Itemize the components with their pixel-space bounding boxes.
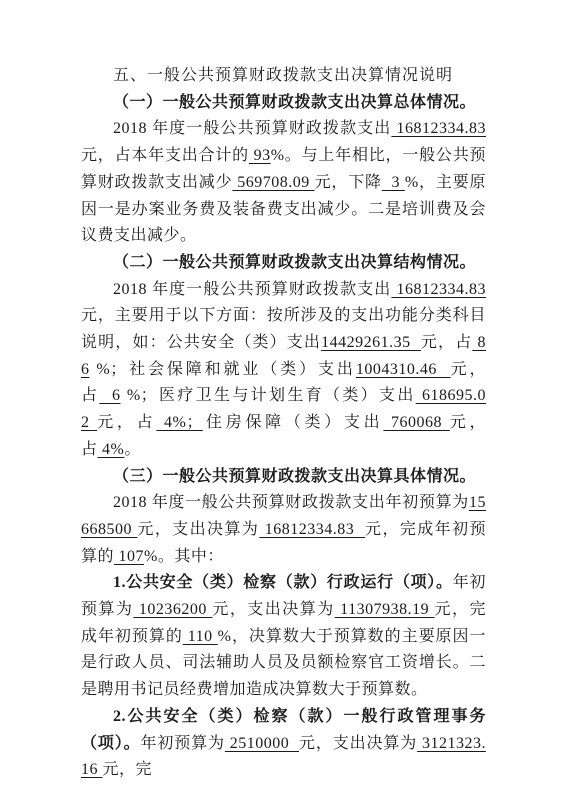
text-run: 2018 年度一般公共预算财政拨款支出 xyxy=(113,120,391,137)
document-page: 五、一般公共预算财政拨款支出决算情况说明（一）一般公共预算财政拨款支出决算总体情… xyxy=(0,0,565,800)
para-item-2: 2.公共安全（类）检察（款）一般行政管理事务（项）。年初预算为 2510000 … xyxy=(81,704,486,784)
text-run: 元，支出决算为 xyxy=(137,521,259,538)
para-item-1: 1.公共安全（类）检察（款）行政运行（项）。年初预算为 10236200 元，支… xyxy=(81,570,486,704)
text-run: 2018 年度一般公共预算财政拨款支出 xyxy=(113,281,391,298)
underlined-value: 10236200 xyxy=(133,601,212,618)
underlined-value: 110 xyxy=(183,628,218,645)
text-run: 元，完 xyxy=(103,761,153,778)
text-run: 年初预算为 xyxy=(141,735,225,752)
bold-text: 1.公共安全（类）检察（款）行政运行（项）。 xyxy=(113,574,453,591)
text-run: 2018 年度一般公共预算财政拨款支出年初预算为 xyxy=(113,494,469,511)
bold-text: （二）一般公共预算财政拨款支出决算结构情况。 xyxy=(113,254,476,271)
text-run: 五、一般公共预算财政拨款支出决算情况说明 xyxy=(113,67,453,84)
para-overall: 2018 年度一般公共预算财政拨款支出 16812334.83元，占本年支出合计… xyxy=(81,116,486,250)
underlined-value: 16812334.83 xyxy=(391,281,486,298)
underlined-value: 2510000 xyxy=(225,735,299,752)
underlined-value: 760068 xyxy=(383,414,449,431)
document-body: 五、一般公共预算财政拨款支出决算情况说明（一）一般公共预算财政拨款支出决算总体情… xyxy=(81,63,486,784)
text-run: 元，占 xyxy=(97,414,156,431)
bold-text: （一）一般公共预算财政拨款支出决算总体情况。 xyxy=(113,94,476,111)
heading-overall: （一）一般公共预算财政拨款支出决算总体情况。 xyxy=(81,90,486,117)
heading-detail: （三）一般公共预算财政拨款支出决算具体情况。 xyxy=(81,464,486,491)
underlined-value: 16812334.83 xyxy=(259,521,365,538)
underlined-value: 1004310.46 xyxy=(356,361,451,378)
text-run: 元，支出决算为 xyxy=(299,735,417,752)
underlined-value: 6 xyxy=(99,387,120,404)
heading-structure: （二）一般公共预算财政拨款支出决算结构情况。 xyxy=(81,250,486,277)
text-run: 。 xyxy=(124,441,141,458)
text-run: %；医疗卫生与计划生育（类）支出 xyxy=(121,387,416,404)
underlined-value: 569708.09 xyxy=(232,174,314,191)
text-run: 元，占 xyxy=(421,334,472,351)
bold-text: （三）一般公共预算财政拨款支出决算具体情况。 xyxy=(113,468,476,485)
underlined-value: 4%； xyxy=(156,414,203,431)
text-run: 元，占本年支出合计的 xyxy=(81,147,249,164)
section-title: 五、一般公共预算财政拨款支出决算情况说明 xyxy=(81,63,486,90)
underlined-value: 4% xyxy=(98,441,125,458)
para-structure: 2018 年度一般公共预算财政拨款支出 16812334.83元，主要用于以下方… xyxy=(81,277,486,464)
text-run: 元，支出决算为 xyxy=(212,601,334,618)
underlined-value: 93 xyxy=(249,147,271,164)
underlined-value: 107 xyxy=(114,548,144,565)
text-run: 元，下降 xyxy=(315,174,382,191)
para-detail-intro: 2018 年度一般公共预算财政拨款支出年初预算为15668500 元，支出决算为… xyxy=(81,490,486,570)
text-run: %。其中： xyxy=(144,548,224,565)
underlined-value: 16812334.83 xyxy=(391,120,486,137)
text-run: 住房保障（类）支出 xyxy=(203,414,384,431)
underlined-value: 11307938.19 xyxy=(335,601,435,618)
text-run: %；社会保障和就业（类）支出 xyxy=(90,361,356,378)
underlined-value: 3 xyxy=(382,174,405,191)
underlined-value: 14429261.35 xyxy=(321,334,421,351)
